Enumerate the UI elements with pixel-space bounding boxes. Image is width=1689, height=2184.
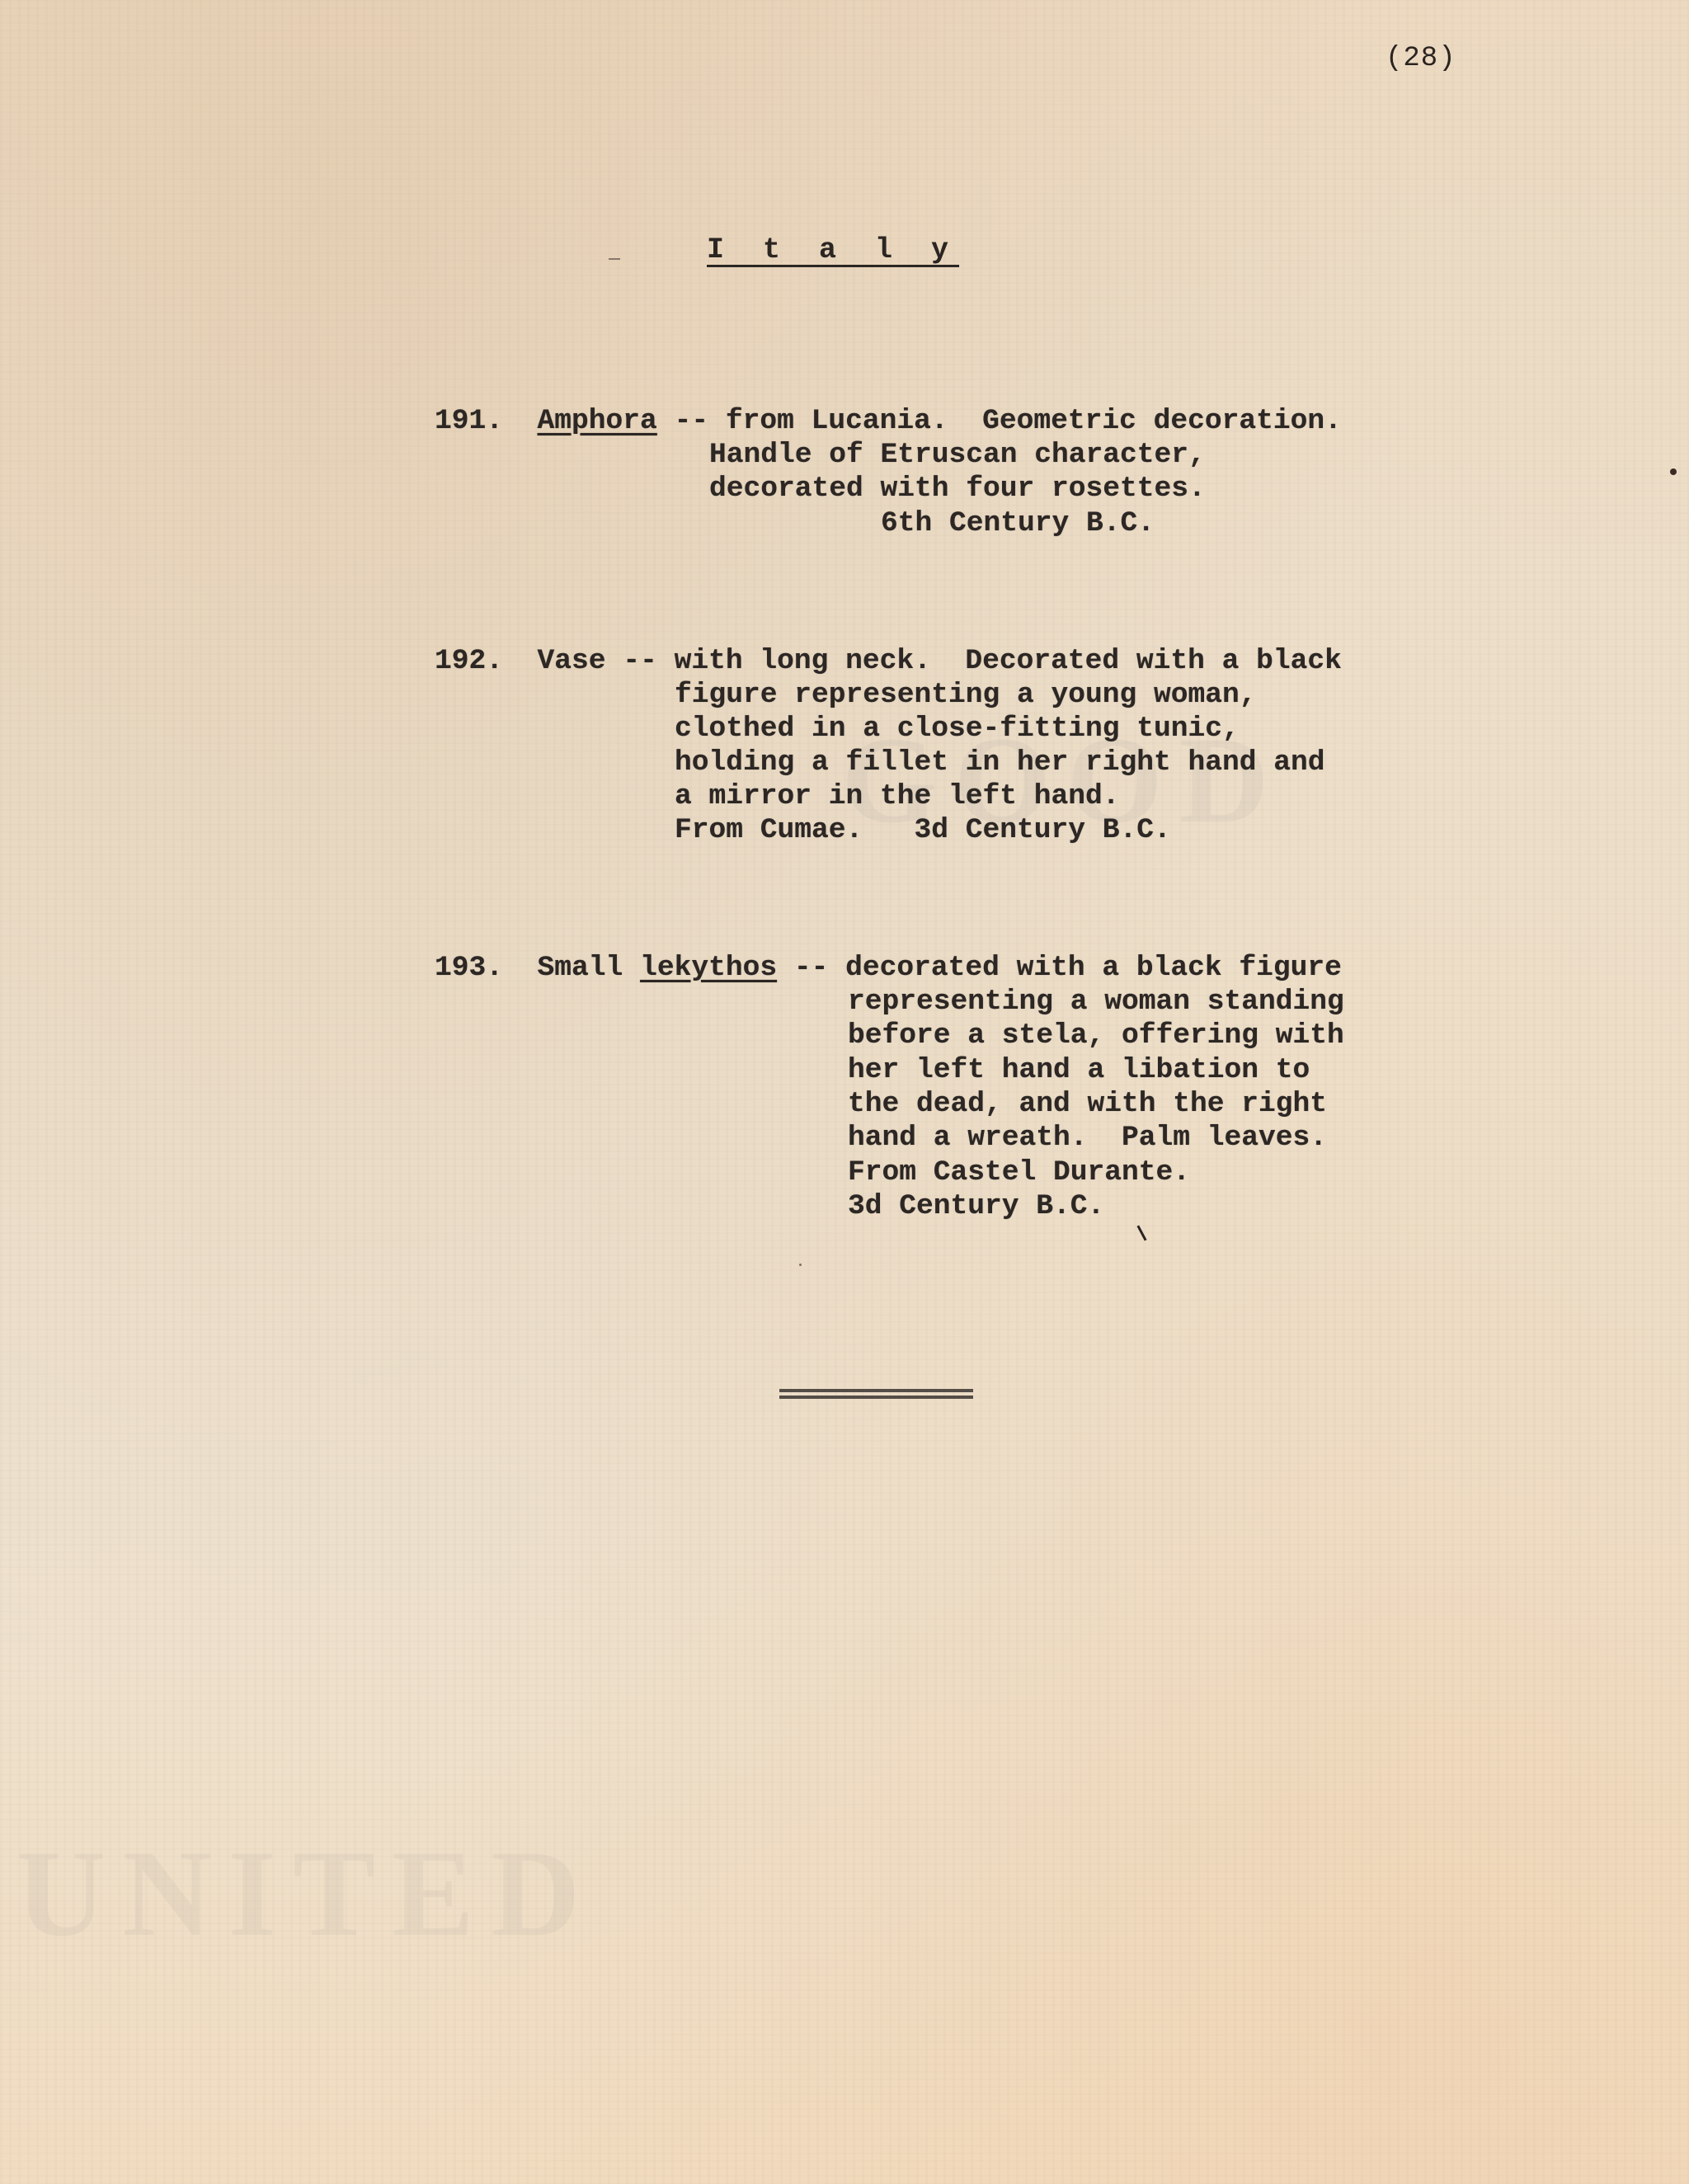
paper-texture	[0, 0, 1689, 2184]
entry-date-line: 3d Century B.C.	[848, 1189, 1104, 1223]
entry-description-line: holding a fillet in her right hand and	[675, 746, 1325, 779]
entry-date-line: 6th Century B.C.	[881, 506, 1155, 540]
entry-number: 193.	[435, 952, 503, 984]
entry-description-line: a mirror in the left hand.	[675, 779, 1120, 813]
entry-object: Amphora	[538, 405, 657, 437]
entry-description-line: from Lucania. Geometric decoration.	[726, 405, 1342, 437]
entry-separator: --	[623, 645, 657, 677]
page-number: (28)	[1386, 43, 1456, 74]
paper-speck	[799, 1264, 802, 1266]
entry-description-line: representing a woman standing	[848, 985, 1344, 1019]
stray-mark	[609, 258, 620, 260]
entry-object: Vase	[538, 645, 606, 677]
entry-object: lekythos	[640, 952, 777, 984]
entry-description-line: hand a wreath. Palm leaves.	[848, 1121, 1327, 1155]
entry-separator: --	[675, 405, 709, 437]
entry-description-line: clothed in a close-fitting tunic,	[675, 712, 1240, 746]
entry-separator: --	[794, 952, 829, 984]
entry-number: 192.	[435, 645, 503, 677]
entry-description-line: her left hand a libation to	[848, 1053, 1310, 1087]
entry-description-line: From Castel Durante.	[848, 1156, 1190, 1189]
entry-first-line: 192. Vase -- with long neck. Decorated w…	[435, 644, 1342, 678]
stray-pen-mark	[1136, 1225, 1146, 1240]
entry-number: 191.	[435, 405, 503, 437]
entry-first-line: 193. Small lekythos -- decorated with a …	[435, 951, 1342, 985]
end-rule-upper	[779, 1389, 973, 1392]
watermark-bottom: UNITED	[16, 1823, 596, 1965]
entry-description-line: with long neck. Decorated with a black	[675, 645, 1342, 677]
entry-date-line: From Cumae. 3d Century B.C.	[675, 813, 1171, 847]
paper-speck	[1670, 468, 1677, 475]
entry-description-line: decorated with a black figure	[845, 952, 1342, 984]
entry-description-line: Handle of Etruscan character,	[709, 438, 1206, 472]
entry-object-prefix: Small	[538, 952, 623, 984]
end-rule-lower	[779, 1396, 973, 1399]
entry-description-line: before a stela, offering with	[848, 1019, 1344, 1052]
entry-description-line: the dead, and with the right	[848, 1087, 1327, 1121]
section-heading: I t a l y	[707, 233, 959, 266]
entry-first-line: 191. Amphora -- from Lucania. Geometric …	[435, 404, 1342, 438]
entry-description-line: figure representing a young woman,	[675, 678, 1257, 712]
entry-description-line: decorated with four rosettes.	[709, 472, 1206, 506]
